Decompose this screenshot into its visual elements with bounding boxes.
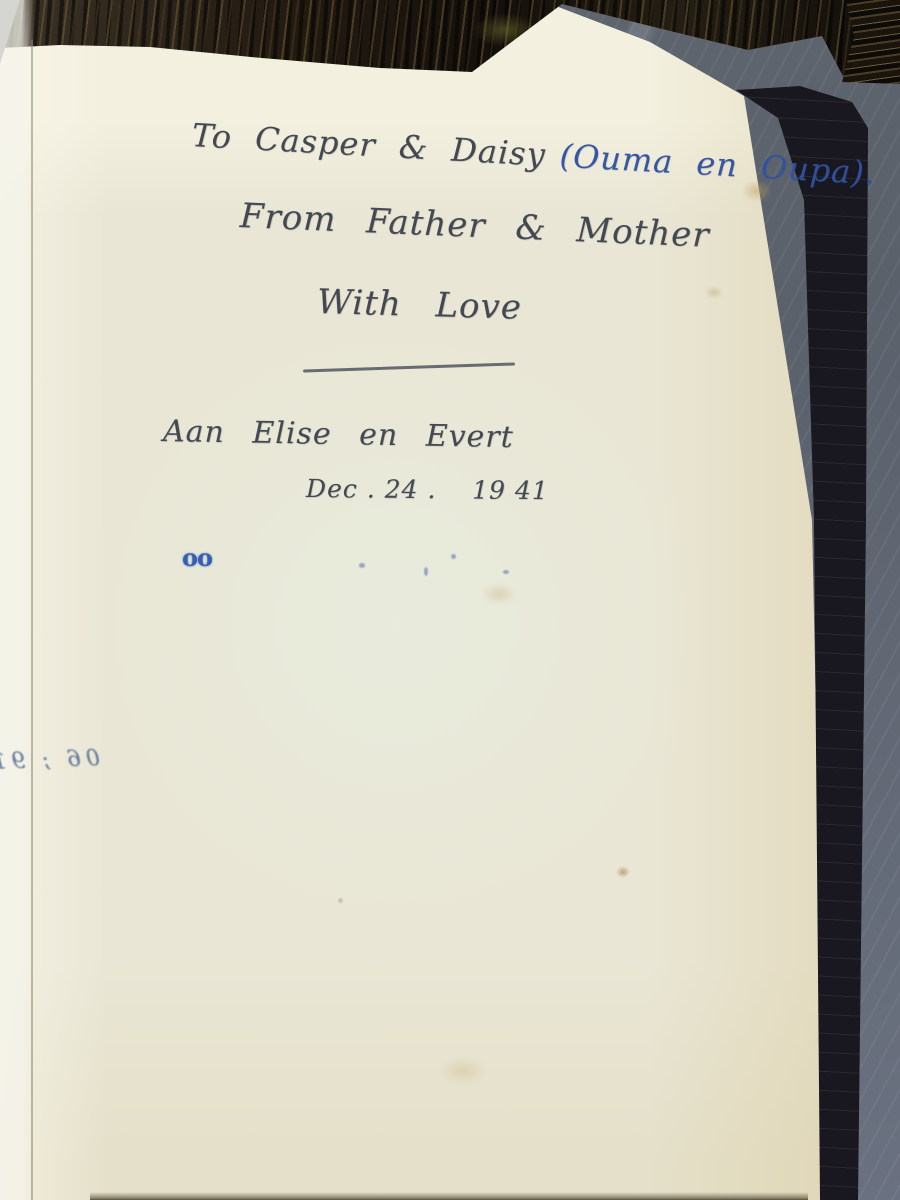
page-stain — [616, 866, 630, 878]
ink-speck — [451, 554, 456, 559]
page-stain — [482, 584, 516, 604]
page-gutter — [0, 0, 34, 1200]
handwritten-divider-line — [303, 362, 515, 372]
blue-ink-dots: oo — [182, 543, 212, 572]
inscription-dedication: Aan Elise en Evert — [163, 414, 514, 455]
page-crease-line — [31, 40, 33, 1200]
ink-speck — [424, 567, 428, 576]
inscription-love-line: With Love — [316, 282, 522, 328]
ink-speck — [503, 570, 509, 574]
inscription-from-line: From Father & Mother — [239, 196, 710, 256]
book-page-photo: To Casper & Daisy(Ouma en Oupa). From Fa… — [0, 0, 900, 1200]
page-stain — [440, 1058, 486, 1084]
ink-speck — [359, 563, 365, 568]
recipients-english: To Casper & Daisy — [191, 116, 547, 174]
mirrored-ink-offset: 06 ; 91 . — [0, 746, 100, 776]
inscription-date: Dec . 24 . 19 41 — [306, 474, 549, 505]
page-bottom-shadow — [90, 1192, 808, 1200]
page-stain — [705, 286, 723, 299]
page-stain — [337, 897, 344, 904]
